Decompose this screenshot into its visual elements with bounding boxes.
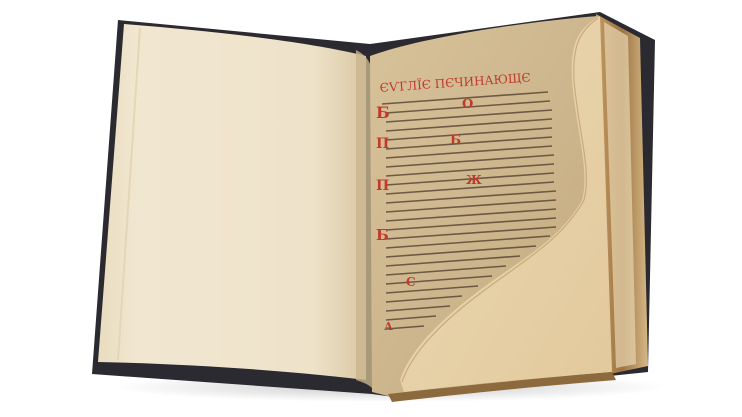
svg-text:Б: Б: [376, 226, 389, 244]
svg-text:С: С: [406, 275, 416, 289]
manuscript-photo: ЄѴГЛЇЄ ПЄЧИНАЮЩЄ Б О П Б П Ж Б С А: [0, 0, 742, 417]
svg-text:А: А: [384, 320, 393, 333]
svg-text:П: П: [376, 136, 389, 152]
svg-text:О: О: [462, 97, 473, 112]
svg-text:Б: Б: [376, 103, 390, 122]
svg-text:Ж: Ж: [466, 173, 482, 187]
svg-text:П: П: [376, 178, 389, 194]
svg-text:Б: Б: [450, 133, 461, 148]
left-page: [98, 24, 366, 380]
open-book-illustration: ЄѴГЛЇЄ ПЄЧИНАЮЩЄ Б О П Б П Ж Б С А: [0, 0, 742, 417]
